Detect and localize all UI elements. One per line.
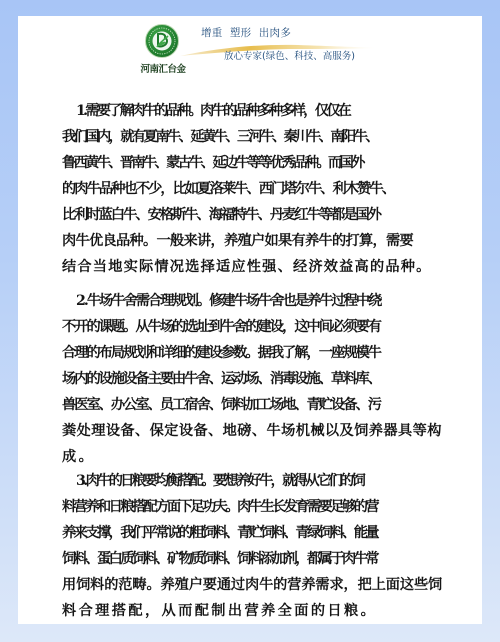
text-line: 成。 xyxy=(62,444,442,470)
slogan-primary: 增重 塑形 出肉多 xyxy=(201,25,291,40)
text-line: 鲁西黄牛、晋南牛、蒙古牛、延边牛等等优秀品种。而国外 xyxy=(62,150,432,176)
text-line: 结合当地实际情况选择适应性强、经济效益高的品种。 xyxy=(62,254,432,280)
text-line: 用饲料的范畴。养殖户要通过肉牛的营养需求，把上面这些饲 xyxy=(62,572,442,598)
text-line: 合理的布局规划和详细的建设参数。据我了解，一座规模牛 xyxy=(62,340,442,366)
text-line: 饲料、蛋白质饲料、矿物质饲料、饲料添加剂，都属于肉牛常 xyxy=(62,546,442,572)
text-line: 1.需要了解肉牛的品种。肉牛的品种多种多样，仅仅在 xyxy=(62,98,432,124)
paragraph-balanced-ration: 3.肉牛的日粮要均衡搭配。要想养好牛，就得从它们的饲 料营养和日粮搭配方面下足功… xyxy=(62,468,442,624)
text-line: 3.肉牛的日粮要均衡搭配。要想养好牛，就得从它们的饲 xyxy=(62,468,442,494)
text-line: 养来支撑，我们平常说的粗饲料、青贮饲料、青绿饲料、能量 xyxy=(62,520,442,546)
text-line: 肉牛优良品种。一般来讲，养殖户如果有养牛的打算，需要 xyxy=(62,228,432,254)
text-line: 料合理搭配，从而配制出营养全面的日粮。 xyxy=(62,598,442,624)
text-line: 兽医室、办公室、员工宿舍、饲料加工场地、青贮设备、污 xyxy=(62,392,442,418)
brand-header: 河南汇台金 增重 塑形 出肉多 放心专家(绿色、科技、高服务) xyxy=(138,22,378,80)
text-line: 2.牛场牛舍需合理规划。修建牛场牛舍也是养牛过程中绕 xyxy=(62,288,442,314)
slogan-secondary: 放心专家(绿色、科技、高服务) xyxy=(224,48,355,62)
leaf-logo-icon xyxy=(145,24,179,58)
text-line: 我们国内，就有夏南牛、延黄牛、三河牛、秦川牛、南阳牛、 xyxy=(62,124,432,150)
text-line: 比利时蓝白牛、安格斯牛、海福特牛、丹麦红牛等都是国外 xyxy=(62,202,432,228)
text-line: 料营养和日粮搭配方面下足功夫。肉牛生长发育需要足够的营 xyxy=(62,494,442,520)
text-line: 场内的设施设备主要由牛舍、运动场、消毒设施、草料库、 xyxy=(62,366,442,392)
brand-name: 河南汇台金 xyxy=(138,61,188,75)
text-line: 不开的课题。从牛场的选址到牛舍的建设，这中间必须要有 xyxy=(62,314,442,340)
text-line: 粪处理设备、保定设备、地磅、牛场机械以及饲养器具等构 xyxy=(62,418,442,444)
text-line: 的肉牛品种也不少，比如夏洛莱牛、西门塔尔牛、利木赞牛、 xyxy=(62,176,432,202)
paragraph-breed-selection: 1.需要了解肉牛的品种。肉牛的品种多种多样，仅仅在 我们国内，就有夏南牛、延黄牛… xyxy=(62,98,432,280)
paragraph-farm-planning: 2.牛场牛舍需合理规划。修建牛场牛舍也是养牛过程中绕 不开的课题。从牛场的选址到… xyxy=(62,288,442,470)
